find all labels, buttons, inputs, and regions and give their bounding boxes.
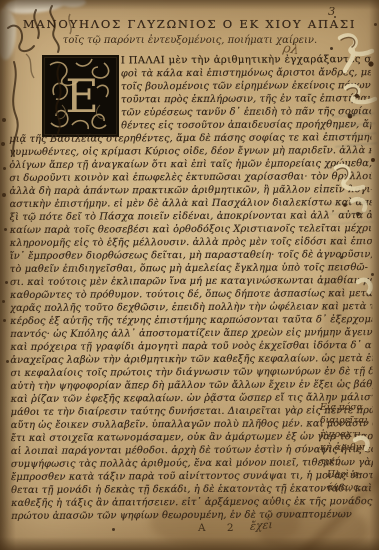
book-page: 3 ΜΑΝΟΥΗΛΟΣ ΓΛΥΖΩΝΙΟΣ Ο ΕΚ ΧΙΟΥ ΑΠΑΣΙ το… (0, 0, 379, 550)
vignette (0, 0, 379, 550)
